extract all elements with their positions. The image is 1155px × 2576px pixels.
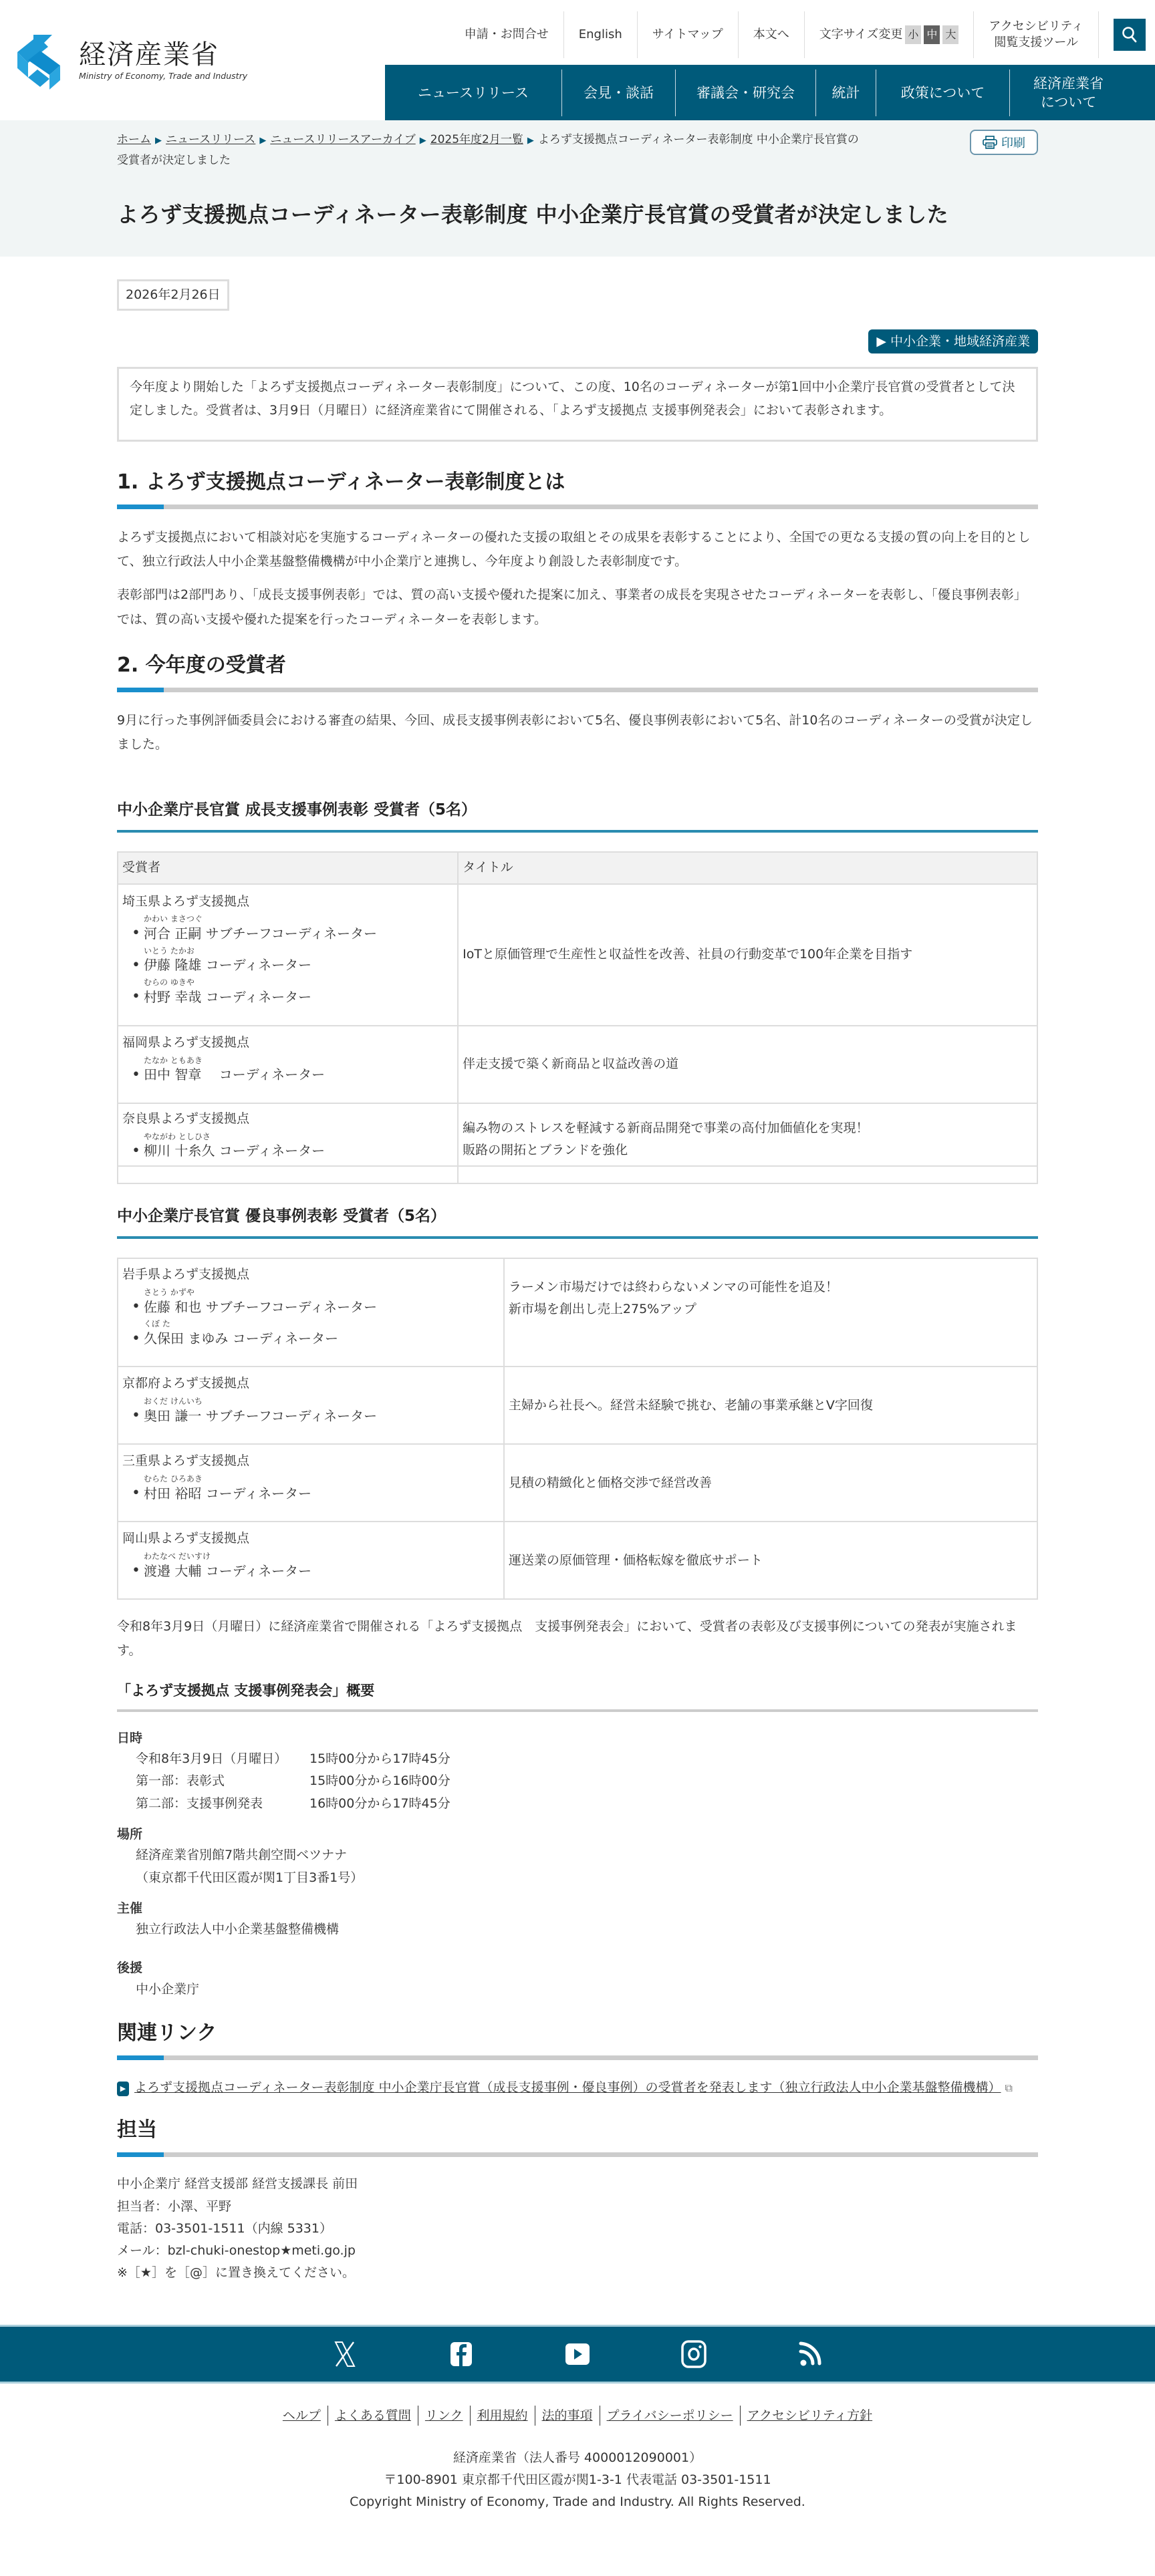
excellent-award-table: 岩手県よろず支援拠点 さとう かずや佐藤 和也 サブチーフコーディネーター くぼ… [117, 1258, 1038, 1600]
main-content: 2026年2月26日 ▶ 中小企業・地域経済産業 今年度より開始した「よろず支援… [117, 257, 1038, 2285]
contact-department: 中小企業庁 経営支援部 経営支援課長 前田 [117, 2173, 1038, 2195]
footer-link-accessibility[interactable]: アクセシビリティ方針 [740, 2406, 880, 2426]
rss-icon[interactable] [797, 2341, 823, 2368]
footer-address: 〒100-8901 東京都千代田区霞が関1-3-1 代表電話 03-3501-1… [0, 2469, 1155, 2491]
column-header-title: タイトル [458, 852, 1037, 884]
x-icon[interactable] [332, 2341, 358, 2368]
hub-name: 岡山県よろず支援拠点 [122, 1529, 499, 1548]
subheading-rule [117, 1709, 1038, 1712]
award-title: 主婦から社長へ。経営未経験で挑む、老舗の事業承継とV字回復 [509, 1398, 873, 1413]
breadcrumb: ホーム▶ニュースリリース▶ニュースリリースアーカイブ▶2025年度2月一覧▶よろ… [117, 130, 866, 172]
outline-host-label: 主催 [117, 1898, 1038, 1918]
datetime-row: 第一部：表彰式15時00分から16時00分 [136, 1770, 1038, 1792]
awardee-list: たなか ともあき田中 智章 コーディネーター [132, 1055, 453, 1084]
table-row: 京都府よろず支援拠点 おくだ けんいち奥田 謙一 サブチーフコーディネーター 主… [118, 1367, 1037, 1444]
awardee: くぼ た久保田 まゆみ コーディネーター [132, 1318, 499, 1347]
related-link[interactable]: よろず支援拠点コーディネーター表彰制度 中小企業庁長官賞（成長支援事例・優良事例… [134, 2080, 1001, 2095]
name-reading: くぼ た [144, 1318, 499, 1330]
name-reading: わたなべ だいすけ [144, 1551, 499, 1562]
name-reading: おくだ けんいち [144, 1396, 499, 1407]
place-line: 経済産業省別館7階共創空間ベツナナ [136, 1844, 1038, 1866]
search-button[interactable] [1114, 19, 1146, 51]
page-title: よろず支援拠点コーディネーター表彰制度 中小企業庁長官賞の受賞者が決定しました [117, 200, 1038, 230]
site-header: 経済産業省 Ministry of Economy, Trade and Ind… [0, 0, 1155, 120]
awardee-name: 村田 裕昭 コーディネーター [144, 1485, 311, 1501]
section1-para1: よろず支援拠点において相談対応を実施するコーディネーターの優れた支援の取組とその… [117, 525, 1038, 573]
awardee-list: かわい まさつぐ河合 正嗣 サブチーフコーディネーター いとう たかお伊藤 隆雄… [132, 913, 453, 1006]
outline-host: 独立行政法人中小企業基盤整備機構 [136, 1918, 1038, 1941]
awardee: さとう かずや佐藤 和也 サブチーフコーディネーター [132, 1287, 499, 1316]
publish-date: 2026年2月26日 [117, 279, 229, 311]
datetime-row: 第二部：支援事例発表16時00分から17時45分 [136, 1793, 1038, 1815]
utility-nav: 申請・お問合せ English サイトマップ 本文へ 文字サイズ変更 小 中 大… [450, 8, 1155, 61]
table-row: 三重県よろず支援拠点 むらた ひろあき村田 裕昭 コーディネーター 見積の精緻化… [118, 1444, 1037, 1522]
breadcrumb-home[interactable]: ホーム [117, 133, 151, 146]
column-header-awardee: 受賞者 [118, 852, 458, 884]
excellent-award-heading: 中小企業庁長官賞 優良事例表彰 受賞者（5名） [117, 1205, 1038, 1227]
footer-link-faq[interactable]: よくある質問 [328, 2406, 418, 2426]
heading-rule [117, 2055, 1038, 2060]
awardee: いとう たかお伊藤 隆雄 コーディネーター [132, 946, 453, 974]
awardee-name: 奥田 謙一 サブチーフコーディネーター [144, 1408, 377, 1424]
search-icon [1122, 26, 1138, 43]
name-reading: やながわ としひさ [144, 1131, 453, 1143]
name-reading: いとう たかお [144, 946, 453, 957]
accessibility-tool-link[interactable]: アクセシビリティ 閲覧支援ツール [974, 11, 1099, 58]
awardee: わたなべ だいすけ渡邉 大輔 コーディネーター [132, 1551, 499, 1580]
font-size-small-button[interactable]: 小 [905, 25, 921, 44]
name-reading: さとう かずや [144, 1287, 499, 1298]
contact-heading: 担当 [117, 2116, 1038, 2144]
section1-para2: 表彰部門は2部門あり、「成長支援事例表彰」では、質の高い支援や優れた提案に加え、… [117, 583, 1038, 631]
table-row: 福岡県よろず支援拠点 たなか ともあき田中 智章 コーディネーター 伴走支援で築… [118, 1026, 1037, 1103]
utility-english-link[interactable]: English [564, 11, 638, 58]
outline-support-label: 後援 [117, 1958, 1038, 1978]
award-title-line: 新市場を創出し売上275%アップ [509, 1298, 1033, 1320]
awardee: やながわ としひさ柳川 十糸久 コーディネーター [132, 1131, 453, 1160]
award-title: 見積の精緻化と価格交渉で経営改善 [509, 1475, 712, 1490]
contact-email: メール：bzl-chuki-onestop★meti.go.jp [117, 2240, 1038, 2262]
facebook-icon[interactable] [448, 2341, 475, 2368]
font-size-medium-button[interactable]: 中 [924, 25, 940, 44]
hub-name: 奈良県よろず支援拠点 [122, 1109, 453, 1129]
outline-heading: 「よろず支援拠点 支援事例発表会」概要 [117, 1681, 1038, 1701]
youtube-icon[interactable] [564, 2341, 591, 2368]
datetime-value: 15時00分から16時00分 [309, 1770, 451, 1792]
nav-councils[interactable]: 審議会・研究会 [676, 69, 816, 116]
award-title-line: 販路の開拓とブランドを強化 [463, 1139, 1033, 1161]
table-row-empty [118, 1166, 1037, 1183]
outline-support: 中小企業庁 [136, 1979, 1038, 2001]
table-row: 奈良県よろず支援拠点 やながわ としひさ柳川 十糸久 コーディネーター 編み物の… [118, 1103, 1037, 1166]
accessibility-line2: 閲覧支援ツール [994, 35, 1078, 51]
footer-link-privacy[interactable]: プライバシーポリシー [600, 2406, 740, 2426]
table-row: 岩手県よろず支援拠点 さとう かずや佐藤 和也 サブチーフコーディネーター くぼ… [118, 1258, 1037, 1367]
related-links-heading: 関連リンク [117, 2019, 1038, 2047]
utility-skip-link[interactable]: 本文へ [739, 11, 805, 58]
datetime-row: 令和8年3月9日（月曜日）15時00分から17時45分 [136, 1748, 1038, 1770]
font-size-large-button[interactable]: 大 [942, 25, 958, 44]
awardee: おくだ けんいち奥田 謙一 サブチーフコーディネーター [132, 1396, 499, 1425]
nav-about-line2: について [1041, 93, 1097, 112]
nav-statistics[interactable]: 統計 [816, 69, 876, 116]
meti-logo-icon [17, 31, 71, 91]
utility-contact-link[interactable]: 申請・お問合せ [450, 11, 564, 58]
awardee-name: 伊藤 隆雄 コーディネーター [144, 957, 311, 973]
name-reading: むらた ひろあき [144, 1473, 499, 1485]
awardee-name: 河合 正嗣 サブチーフコーディネーター [144, 925, 377, 942]
awardee-name: 柳川 十糸久 コーディネーター [144, 1143, 325, 1159]
outline-datetime-label: 日時 [117, 1728, 1038, 1748]
accessibility-line1: アクセシビリティ [989, 19, 1083, 35]
heading-rule [117, 505, 1038, 509]
instagram-icon[interactable] [680, 2341, 707, 2368]
contact-email-note: ※［★］を［@］に置き換えてください。 [117, 2262, 1038, 2284]
award-title-line: ラーメン市場だけでは終わらないメンマの可能性を追及！ [509, 1276, 1033, 1298]
category-tag[interactable]: ▶ 中小企業・地域経済産業 [868, 329, 1038, 354]
tag-arrow-icon: ▶ [876, 334, 890, 349]
footer-link-legal[interactable]: 法的事項 [535, 2406, 600, 2426]
section2-para: 9月に行った事例評価委員会における審査の結果、今回、成長支援事例表彰において5名… [117, 708, 1038, 756]
table-row: 埼玉県よろず支援拠点 かわい まさつぐ河合 正嗣 サブチーフコーディネーター い… [118, 884, 1037, 1026]
awardee-name: 渡邉 大輔 コーディネーター [144, 1563, 311, 1579]
breadcrumb-separator-icon: ▶ [420, 136, 426, 146]
breadcrumb-separator-icon: ▶ [527, 136, 534, 146]
award-title-line: 編み物のストレスを軽減する新商品開発で事業の高付加価値化を実現！ [463, 1117, 1033, 1139]
awardee-list: わたなべ だいすけ渡邉 大輔 コーディネーター [132, 1551, 499, 1580]
subheading-rule [117, 830, 1038, 833]
awardee: むらの ゆきや村野 幸哉 コーディネーター [132, 977, 453, 1006]
event-note: 令和8年3月9日（月曜日）に経済産業省で開催される「よろず支援拠点 支援事例発表… [117, 1614, 1038, 1663]
award-title: 運送業の原価管理・価格転嫁を徹底サポート [509, 1553, 763, 1568]
hub-name: 三重県よろず支援拠点 [122, 1451, 499, 1471]
awardee-list: おくだ けんいち奥田 謙一 サブチーフコーディネーター [132, 1396, 499, 1425]
datetime-label: 令和8年3月9日（月曜日） [136, 1748, 309, 1770]
related-link-item: ▶ よろず支援拠点コーディネーター表彰制度 中小企業庁長官賞（成長支援事例・優良… [117, 2076, 1038, 2099]
main-nav: ニュースリリース 会見・談話 審議会・研究会 統計 政策について 経済産業省 に… [385, 65, 1155, 121]
breadcrumb-month-list[interactable]: 2025年度2月一覧 [430, 133, 523, 146]
nav-news-release[interactable]: ニュースリリース [385, 69, 562, 116]
heading-rule [117, 688, 1038, 692]
datetime-value: 16時00分から17時45分 [309, 1793, 451, 1815]
footer-org: 経済産業省（法人番号 4000012090001） [0, 2447, 1155, 2469]
site-footer: ヘルプよくある質問リンク利用規約法的事項プライバシーポリシーアクセシビリティ方針… [0, 2325, 1155, 2541]
place-line: （東京都千代田区霞が関1丁目3番1号） [136, 1867, 1038, 1889]
print-label: 印刷 [1001, 134, 1025, 151]
breadcrumb-archive[interactable]: ニュースリリースアーカイブ [270, 133, 415, 146]
hub-name: 埼玉県よろず支援拠点 [122, 892, 453, 911]
subheading-rule [117, 1236, 1038, 1239]
breadcrumb-separator-icon: ▶ [259, 136, 266, 146]
hub-name: 岩手県よろず支援拠点 [122, 1265, 499, 1284]
section2-heading: 2. 今年度の受賞者 [117, 652, 1038, 680]
footer-link-terms[interactable]: 利用規約 [470, 2406, 535, 2426]
name-reading: むらの ゆきや [144, 977, 453, 988]
breadcrumb-separator-icon: ▶ [155, 136, 162, 146]
heading-rule [117, 2152, 1038, 2157]
hub-name: 京都府よろず支援拠点 [122, 1374, 499, 1393]
table-row: 岡山県よろず支援拠点 わたなべ だいすけ渡邉 大輔 コーディネーター 運送業の原… [118, 1522, 1037, 1599]
link-arrow-icon: ▶ [117, 2082, 129, 2096]
contact-persons: 担当者：小澤、平野 [117, 2196, 1038, 2218]
section1-heading: 1. よろず支援拠点コーディネーター表彰制度とは [117, 468, 1038, 496]
event-outline: 日時 令和8年3月9日（月曜日）15時00分から17時45分 第一部：表彰式15… [117, 1728, 1038, 2001]
footer-link-help[interactable]: ヘルプ [276, 2406, 328, 2426]
nav-policy[interactable]: 政策について [876, 69, 1010, 116]
footer-copyright: Copyright Ministry of Economy, Trade and… [0, 2491, 1155, 2513]
growth-award-heading: 中小企業庁長官賞 成長支援事例表彰 受賞者（5名） [117, 799, 1038, 821]
growth-award-table: 受賞者 タイトル 埼玉県よろず支援拠点 かわい まさつぐ河合 正嗣 サブチーフコ… [117, 851, 1038, 1184]
external-link-icon: ⧉ [1005, 2079, 1013, 2098]
datetime-value: 15時00分から17時45分 [309, 1748, 451, 1770]
awardee-list: やながわ としひさ柳川 十糸久 コーディネーター [132, 1131, 453, 1160]
hub-name: 福岡県よろず支援拠点 [122, 1033, 453, 1052]
awardee-name: 久保田 まゆみ コーディネーター [144, 1330, 338, 1346]
outline-place-label: 場所 [117, 1824, 1038, 1844]
awardee-list: さとう かずや佐藤 和也 サブチーフコーディネーター くぼ た久保田 まゆみ コ… [132, 1287, 499, 1348]
awardee: たなか ともあき田中 智章 コーディネーター [132, 1055, 453, 1084]
nav-about-meti[interactable]: 経済産業省 について [1010, 69, 1127, 116]
name-reading: たなか ともあき [144, 1055, 453, 1066]
logo-en-text: Ministry of Economy, Trade and Industry [79, 72, 247, 81]
breadcrumb-news-release[interactable]: ニュースリリース [166, 133, 255, 146]
footer-links: ヘルプよくある質問リンク利用規約法的事項プライバシーポリシーアクセシビリティ方針 [0, 2405, 1155, 2427]
awardee: むらた ひろあき村田 裕昭 コーディネーター [132, 1473, 499, 1502]
site-logo[interactable]: 経済産業省 Ministry of Economy, Trade and Ind… [17, 31, 247, 91]
award-title: 伴走支援で築く新商品と収益改善の道 [463, 1056, 678, 1071]
utility-sitemap-link[interactable]: サイトマップ [638, 11, 739, 58]
footer-link-links[interactable]: リンク [418, 2406, 470, 2426]
awardee-name: 田中 智章 コーディネーター [144, 1066, 325, 1083]
footer-info: 経済産業省（法人番号 4000012090001） 〒100-8901 東京都千… [0, 2447, 1155, 2541]
name-reading: かわい まさつぐ [144, 913, 453, 925]
print-button[interactable]: 印刷 [970, 130, 1038, 155]
awardee: かわい まさつぐ河合 正嗣 サブチーフコーディネーター [132, 913, 453, 942]
summary-box: 今年度より開始した「よろず支援拠点コーディネーター表彰制度」について、この度、1… [117, 367, 1038, 442]
font-size-label: 文字サイズ変更 [819, 24, 903, 45]
category-tag-label: 中小企業・地域経済産業 [890, 334, 1030, 349]
awardee-list: むらた ひろあき村田 裕昭 コーディネーター [132, 1473, 499, 1502]
datetime-label: 第二部：支援事例発表 [136, 1793, 309, 1815]
awardee-name: 佐藤 和也 サブチーフコーディネーター [144, 1299, 377, 1315]
nav-about-line1: 経済産業省 [1033, 74, 1104, 93]
nav-press-conference[interactable]: 会見・談話 [562, 69, 676, 116]
printer-icon [983, 136, 997, 149]
contact-info: 中小企業庁 経営支援部 経営支援課長 前田 担当者：小澤、平野 電話：03-35… [117, 2173, 1038, 2284]
table-header-row: 受賞者 タイトル [118, 852, 1037, 884]
contact-phone: 電話：03-3501-1511（内線 5331） [117, 2218, 1038, 2240]
logo-jp-text: 経済産業省 [79, 41, 247, 68]
social-bar [0, 2325, 1155, 2384]
datetime-label: 第一部：表彰式 [136, 1770, 309, 1792]
title-band: ホーム▶ニュースリリース▶ニュースリリースアーカイブ▶2025年度2月一覧▶よろ… [0, 120, 1155, 257]
font-size-switcher: 文字サイズ変更 小 中 大 [805, 11, 975, 58]
award-title: IoTと原価管理で生産性と収益性を改善、社員の行動変革で100年企業を目指す [463, 947, 912, 962]
awardee-name: 村野 幸哉 コーディネーター [144, 989, 311, 1005]
